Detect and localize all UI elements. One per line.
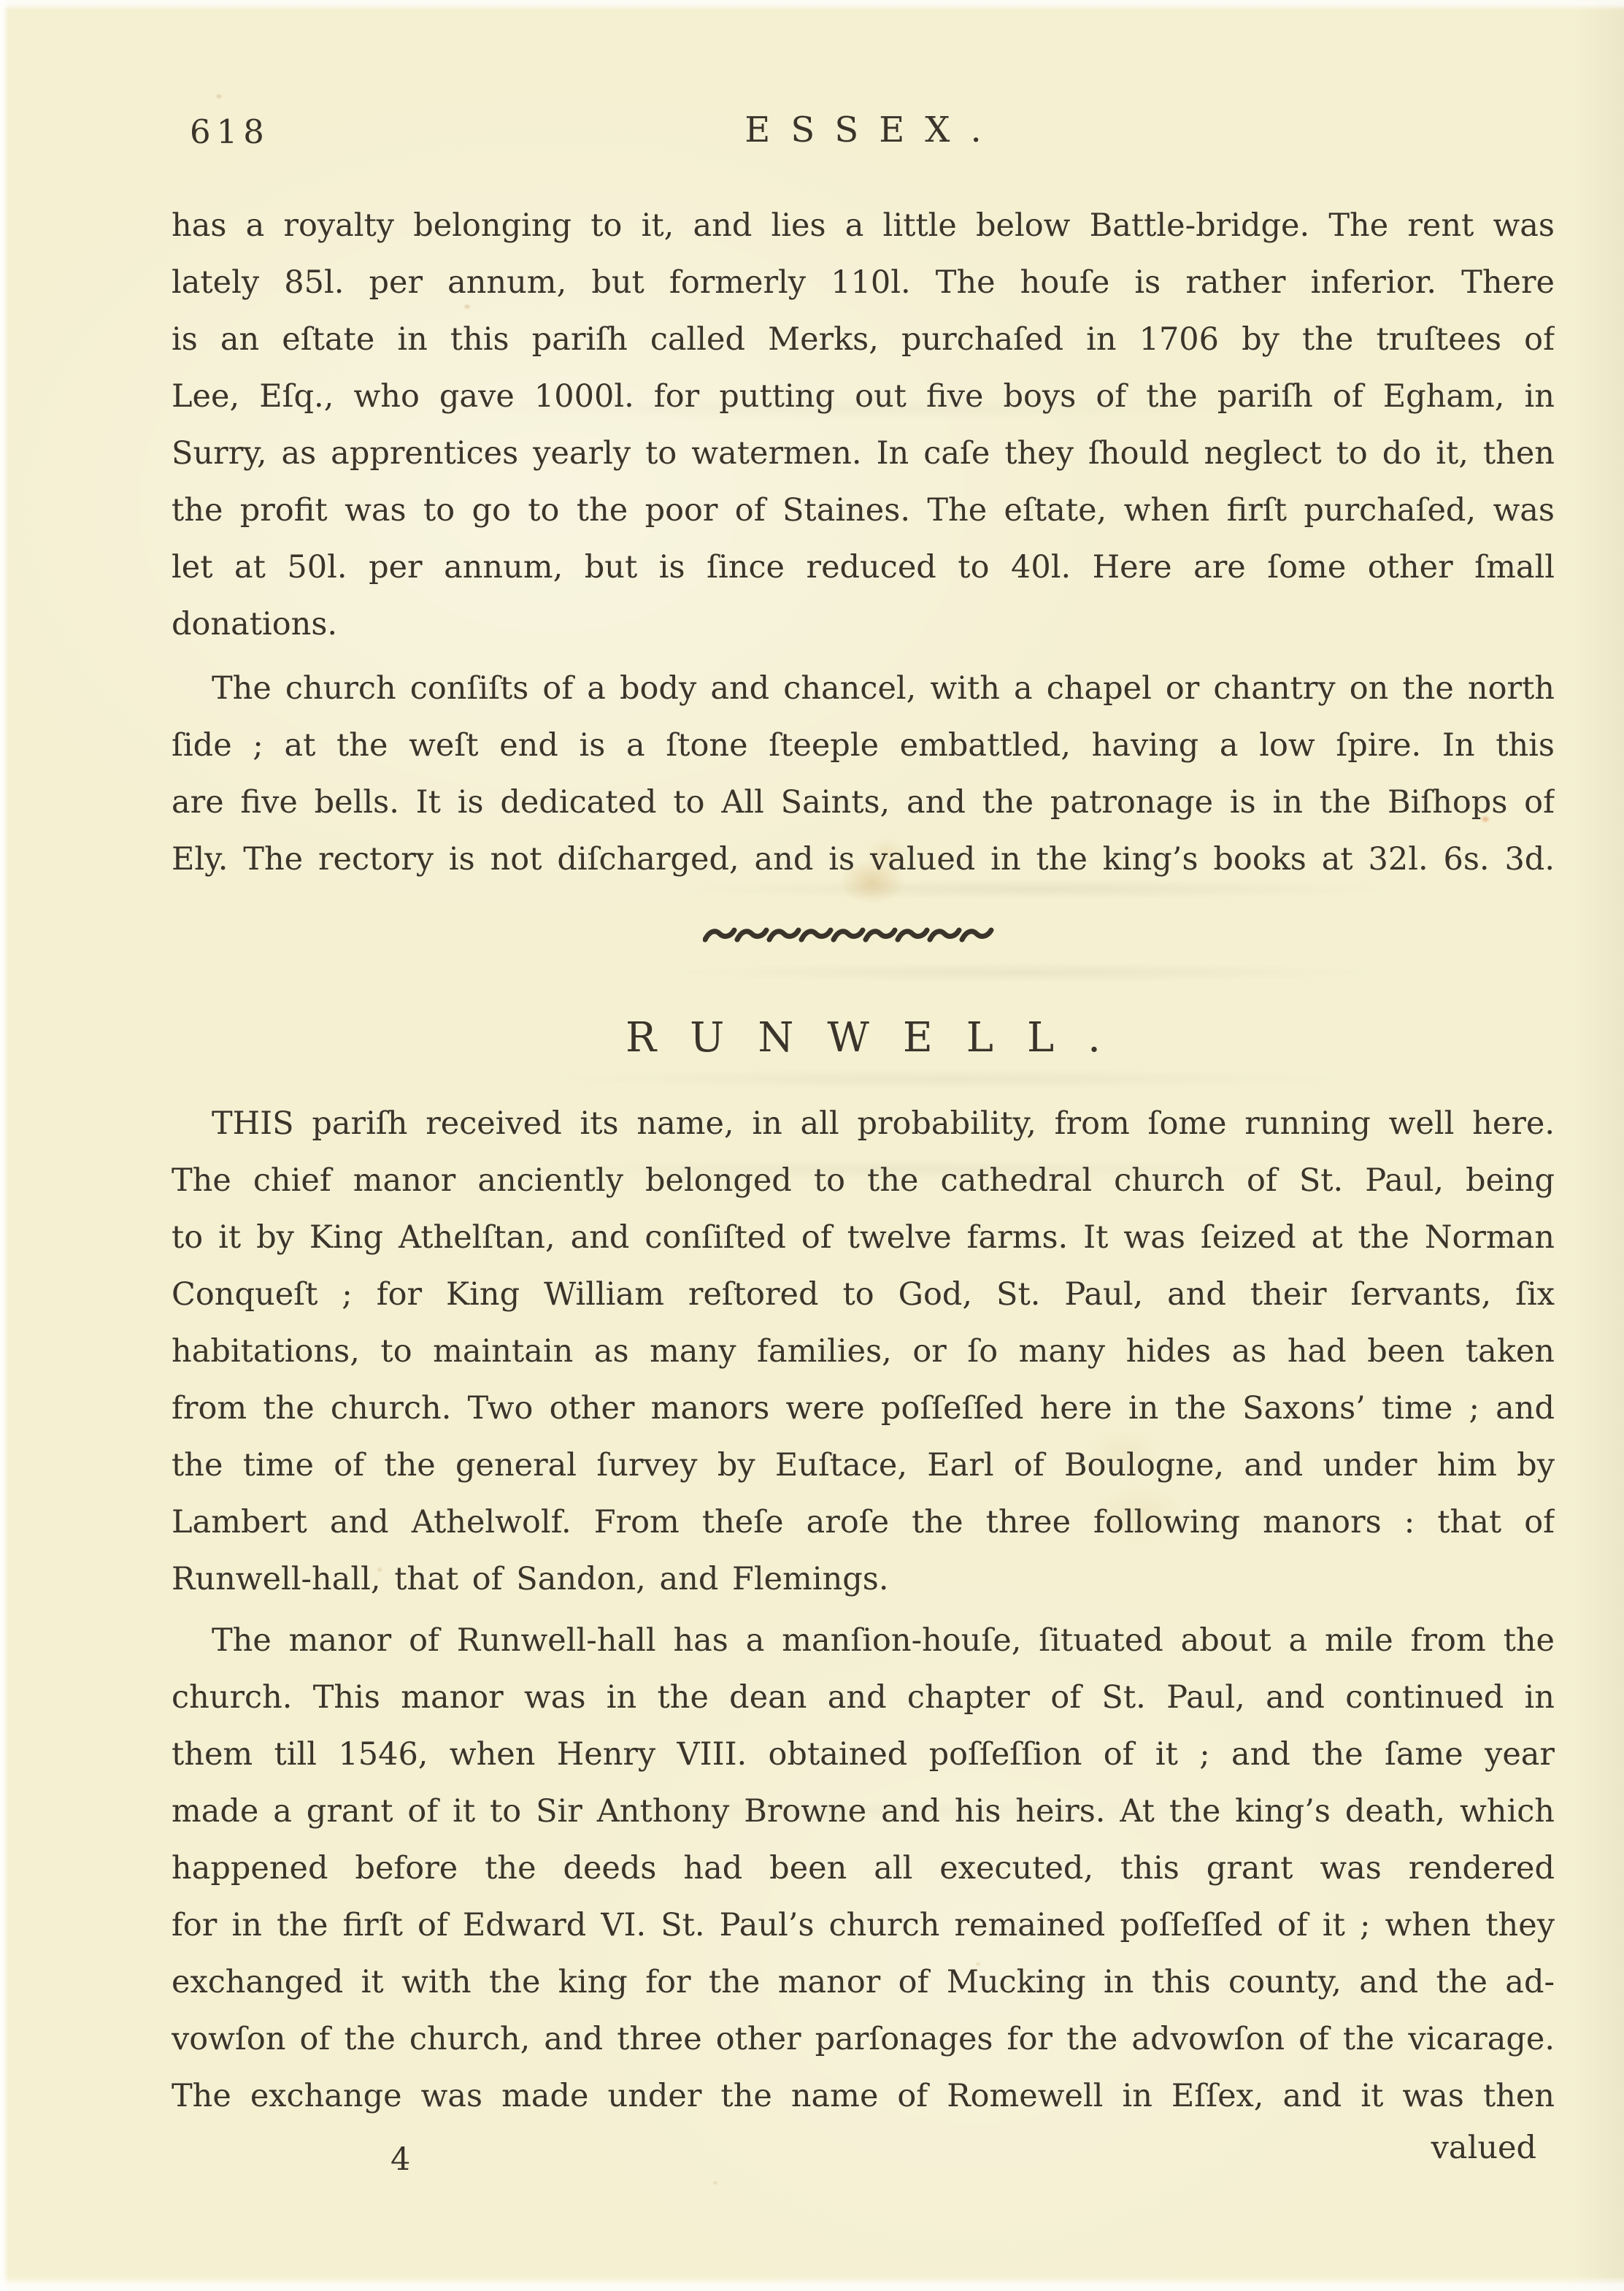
text-line: Runwell-hall, that of Sandon, and Flemin… (172, 1551, 1555, 1608)
text-line: THIS pariſh received its name, in all pr… (172, 1095, 1555, 1152)
text-line: The exchange was made under the name of … (172, 2068, 1555, 2125)
text-line: for in the firſt of Edward VI. St. Paul’… (172, 1897, 1555, 1954)
text-line: let at 50l. per annum, but is ſince redu… (172, 539, 1555, 596)
text-line: the profit was to go to the poor of Stai… (172, 482, 1555, 539)
text-line: Lee, Eſq., who gave 1000l. for putting o… (172, 368, 1555, 425)
text-line: exchanged it with the king for the manor… (172, 1954, 1555, 2011)
page-footer: 4 valued (172, 2127, 1555, 2171)
text-line: donations. (172, 596, 1555, 653)
paragraph: The church conſiſts of a body and chance… (172, 660, 1555, 888)
page-header: 618 ESSEX. (172, 110, 1555, 150)
section-divider-ornament (703, 925, 1024, 947)
text-line: The manor of Runwell-hall has a manſion-… (172, 1612, 1555, 1669)
catchword: valued (1431, 2127, 1536, 2168)
text-line: Conqueſt ; for King William reſtored to … (172, 1266, 1555, 1323)
text-line: happened before the deeds had been all e… (172, 1840, 1555, 1897)
section-divider (172, 924, 1555, 948)
section-heading: RUNWELL. (172, 1015, 1555, 1062)
text-line: lately 85l. per annum, but formerly 110l… (172, 254, 1555, 311)
text-line: made a grant of it to Sir Anthony Browne… (172, 1783, 1555, 1840)
text-line: Ely. The rectory is not diſcharged, and … (172, 831, 1555, 888)
text-line: ſide ; at the weſt end is a ſtone ſteepl… (172, 717, 1555, 774)
text-line: has a royalty belonging to it, and lies … (172, 197, 1555, 254)
text-line: is an eſtate in this pariſh called Merks… (172, 311, 1555, 368)
text-line: habitations, to maintain as many familie… (172, 1323, 1555, 1380)
text-line: Lambert and Athelwolf. From theſe aroſe … (172, 1494, 1555, 1551)
text-line: from the church. Two other manors were p… (172, 1380, 1555, 1437)
text-line: Surry, as apprentices yearly to watermen… (172, 425, 1555, 482)
text-line: the time of the general ſurvey by Euſtac… (172, 1437, 1555, 1494)
text-line: them till 1546, when Henry VIII. obtaine… (172, 1726, 1555, 1783)
page-content: 618 ESSEX. has a royalty belonging to it… (172, 0, 1555, 2171)
text-line: are five bells. It is dedicated to All S… (172, 774, 1555, 831)
running-title: ESSEX. (172, 110, 1555, 150)
signature-mark: 4 (390, 2139, 410, 2180)
paragraph: has a royalty belonging to it, and lies … (172, 197, 1555, 653)
text-line: to it by King Athelſtan, and conſiſted o… (172, 1209, 1555, 1266)
paragraph: The manor of Runwell-hall has a manſion-… (172, 1612, 1555, 2125)
paragraph: THIS pariſh received its name, in all pr… (172, 1095, 1555, 1608)
text-line: church. This manor was in the dean and c… (172, 1669, 1555, 1726)
page-number: 618 (190, 112, 270, 151)
text-line: The church conſiſts of a body and chance… (172, 660, 1555, 717)
text-line: vowſon of the church, and three other pa… (172, 2011, 1555, 2068)
text-line: The chief manor anciently belonged to th… (172, 1152, 1555, 1209)
